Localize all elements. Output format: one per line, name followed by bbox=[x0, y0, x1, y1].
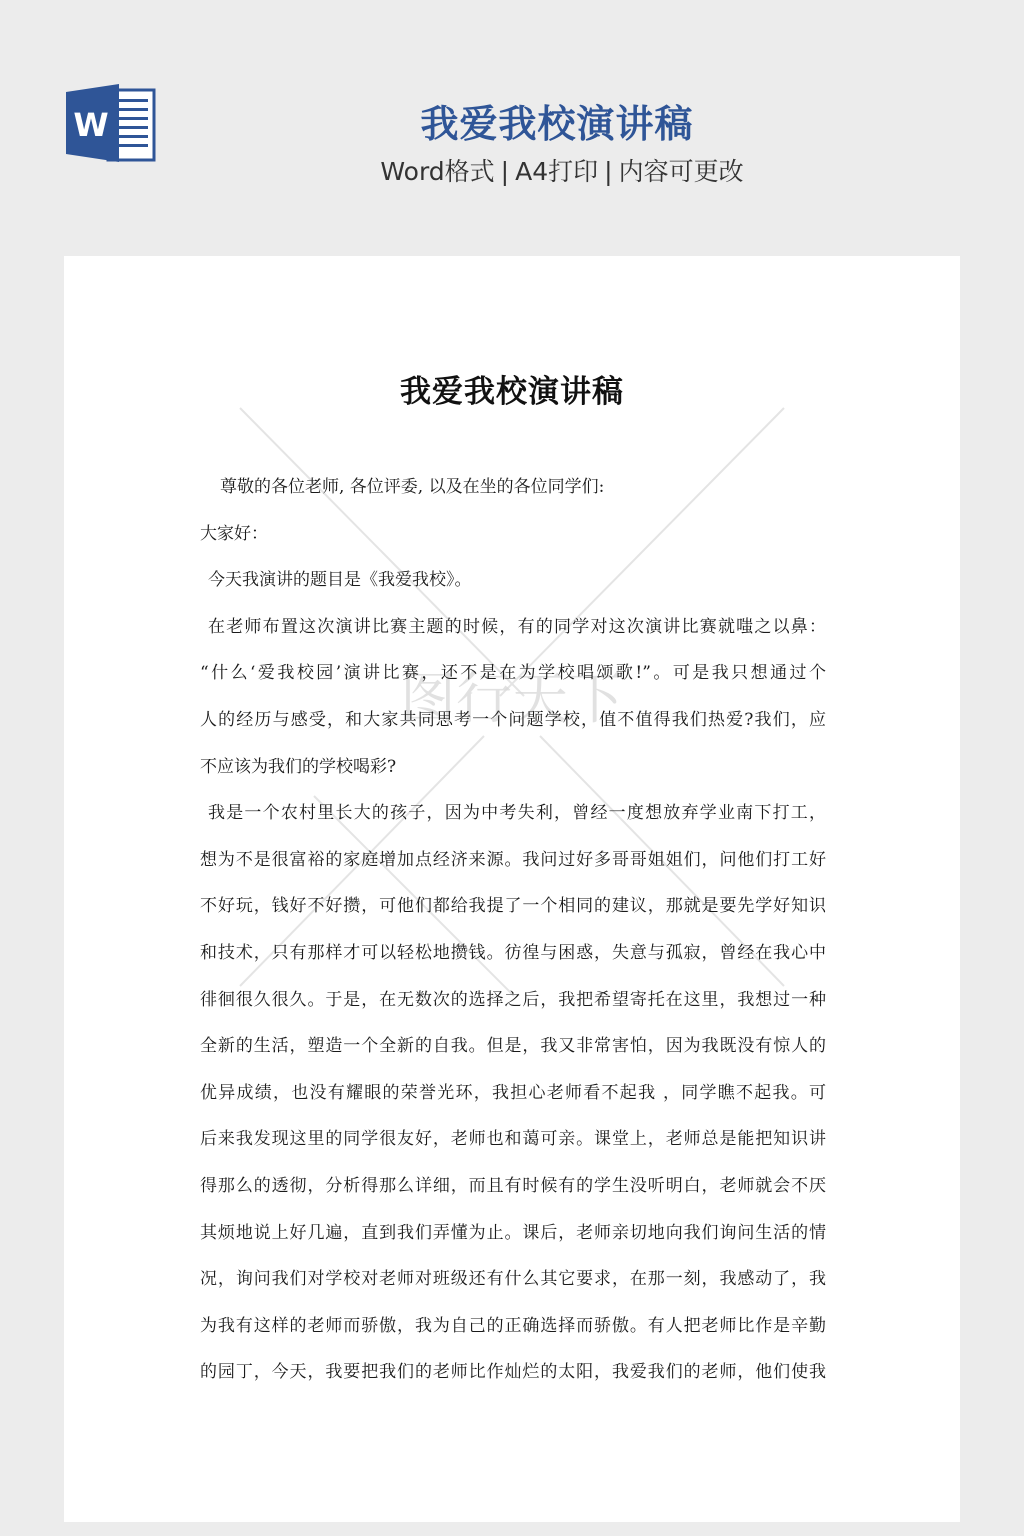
paragraph-line: “什么‘爱我校园’演讲比赛，还不是在为学校唱颂歌!”。可是我只想通过个 bbox=[200, 650, 826, 697]
paragraph-line: 优异成绩，也没有耀眼的荣誉光环，我担心老师看不起我 ，同学瞧不起我。可 bbox=[200, 1070, 826, 1117]
paragraph-line: 今天我演讲的题目是《我爱我校》。 bbox=[200, 557, 826, 604]
editable-label: 内容可更改 bbox=[619, 157, 744, 186]
paragraph-line: 为我有这样的老师而骄傲，我为自己的正确选择而骄傲。有人把老师比作是辛勤 bbox=[200, 1303, 826, 1350]
document-body: 尊敬的各位老师, 各位评委, 以及在坐的各位同学们: 大家好： 今天我演讲的题目… bbox=[200, 464, 826, 1396]
separator: | bbox=[604, 157, 612, 186]
print-label: A4打印 bbox=[515, 157, 598, 186]
preview-header: W 我爱我校演讲稿 Word格式|A4打印|内容可更改 bbox=[0, 0, 1024, 256]
paragraph-line: 其烦地说上好几遍，直到我们弄懂为止。课后，老师亲切地向我们询问生活的情 bbox=[200, 1210, 826, 1257]
paragraph-line: 况，询问我们对学校对老师对班级还有什么其它要求，在那一刻，我感动了，我 bbox=[200, 1256, 826, 1303]
document-page: 图行天下 我爱我校演讲稿 尊敬的各位老师, 各位评委, 以及在坐的各位同学们: … bbox=[64, 256, 960, 1522]
separator: | bbox=[501, 157, 509, 186]
paragraph-line: 全新的生活，塑造一个全新的自我。但是，我又非常害怕，因为我既没有惊人的 bbox=[200, 1023, 826, 1070]
paragraph-line: 不好玩，钱好不好攒，可他们都给我提了一个相同的建议，那就是要先学好知识 bbox=[200, 883, 826, 930]
paragraph-line: 徘徊很久很久。于是，在无数次的选择之后，我把希望寄托在这里，我想过一种 bbox=[200, 977, 826, 1024]
header-subtitle: Word格式|A4打印|内容可更改 bbox=[0, 152, 1024, 188]
paragraph-line: 我是一个农村里长大的孩子，因为中考失利，曾经一度想放弃学业南下打工， bbox=[200, 790, 826, 837]
salutation: 尊敬的各位老师, 各位评委, 以及在坐的各位同学们: bbox=[200, 464, 826, 511]
document-title: 我爱我校演讲稿 bbox=[64, 366, 960, 411]
paragraph-line: 后来我发现这里的同学很友好，老师也和蔼可亲。课堂上，老师总是能把知识讲 bbox=[200, 1116, 826, 1163]
paragraph-line: 的园丁，今天，我要把我们的老师比作灿烂的太阳，我爱我们的老师，他们使我 bbox=[200, 1349, 826, 1396]
paragraph-line: 得那么的透彻，分析得那么详细，而且有时候有的学生没听明白，老师就会不厌 bbox=[200, 1163, 826, 1210]
paragraph-line: 不应该为我们的学校喝彩? bbox=[200, 744, 826, 791]
paragraph-line: 想为不是很富裕的家庭增加点经济来源。我问过好多哥哥姐姐们，问他们打工好 bbox=[200, 837, 826, 884]
greeting: 大家好： bbox=[200, 511, 826, 558]
paragraph-line: 在老师布置这次演讲比赛主题的时候，有的同学对这次演讲比赛就嗤之以鼻： bbox=[200, 604, 826, 651]
paragraph-line: 和技术，只有那样才可以轻松地攒钱。彷徨与困惑，失意与孤寂，曾经在我心中 bbox=[200, 930, 826, 977]
header-title: 我爱我校演讲稿 bbox=[0, 93, 1024, 148]
paragraph-line: 人的经历与感受，和大家共同思考一个问题学校，值不值得我们热爱?我们，应 bbox=[200, 697, 826, 744]
format-label: Word格式 bbox=[380, 157, 494, 186]
